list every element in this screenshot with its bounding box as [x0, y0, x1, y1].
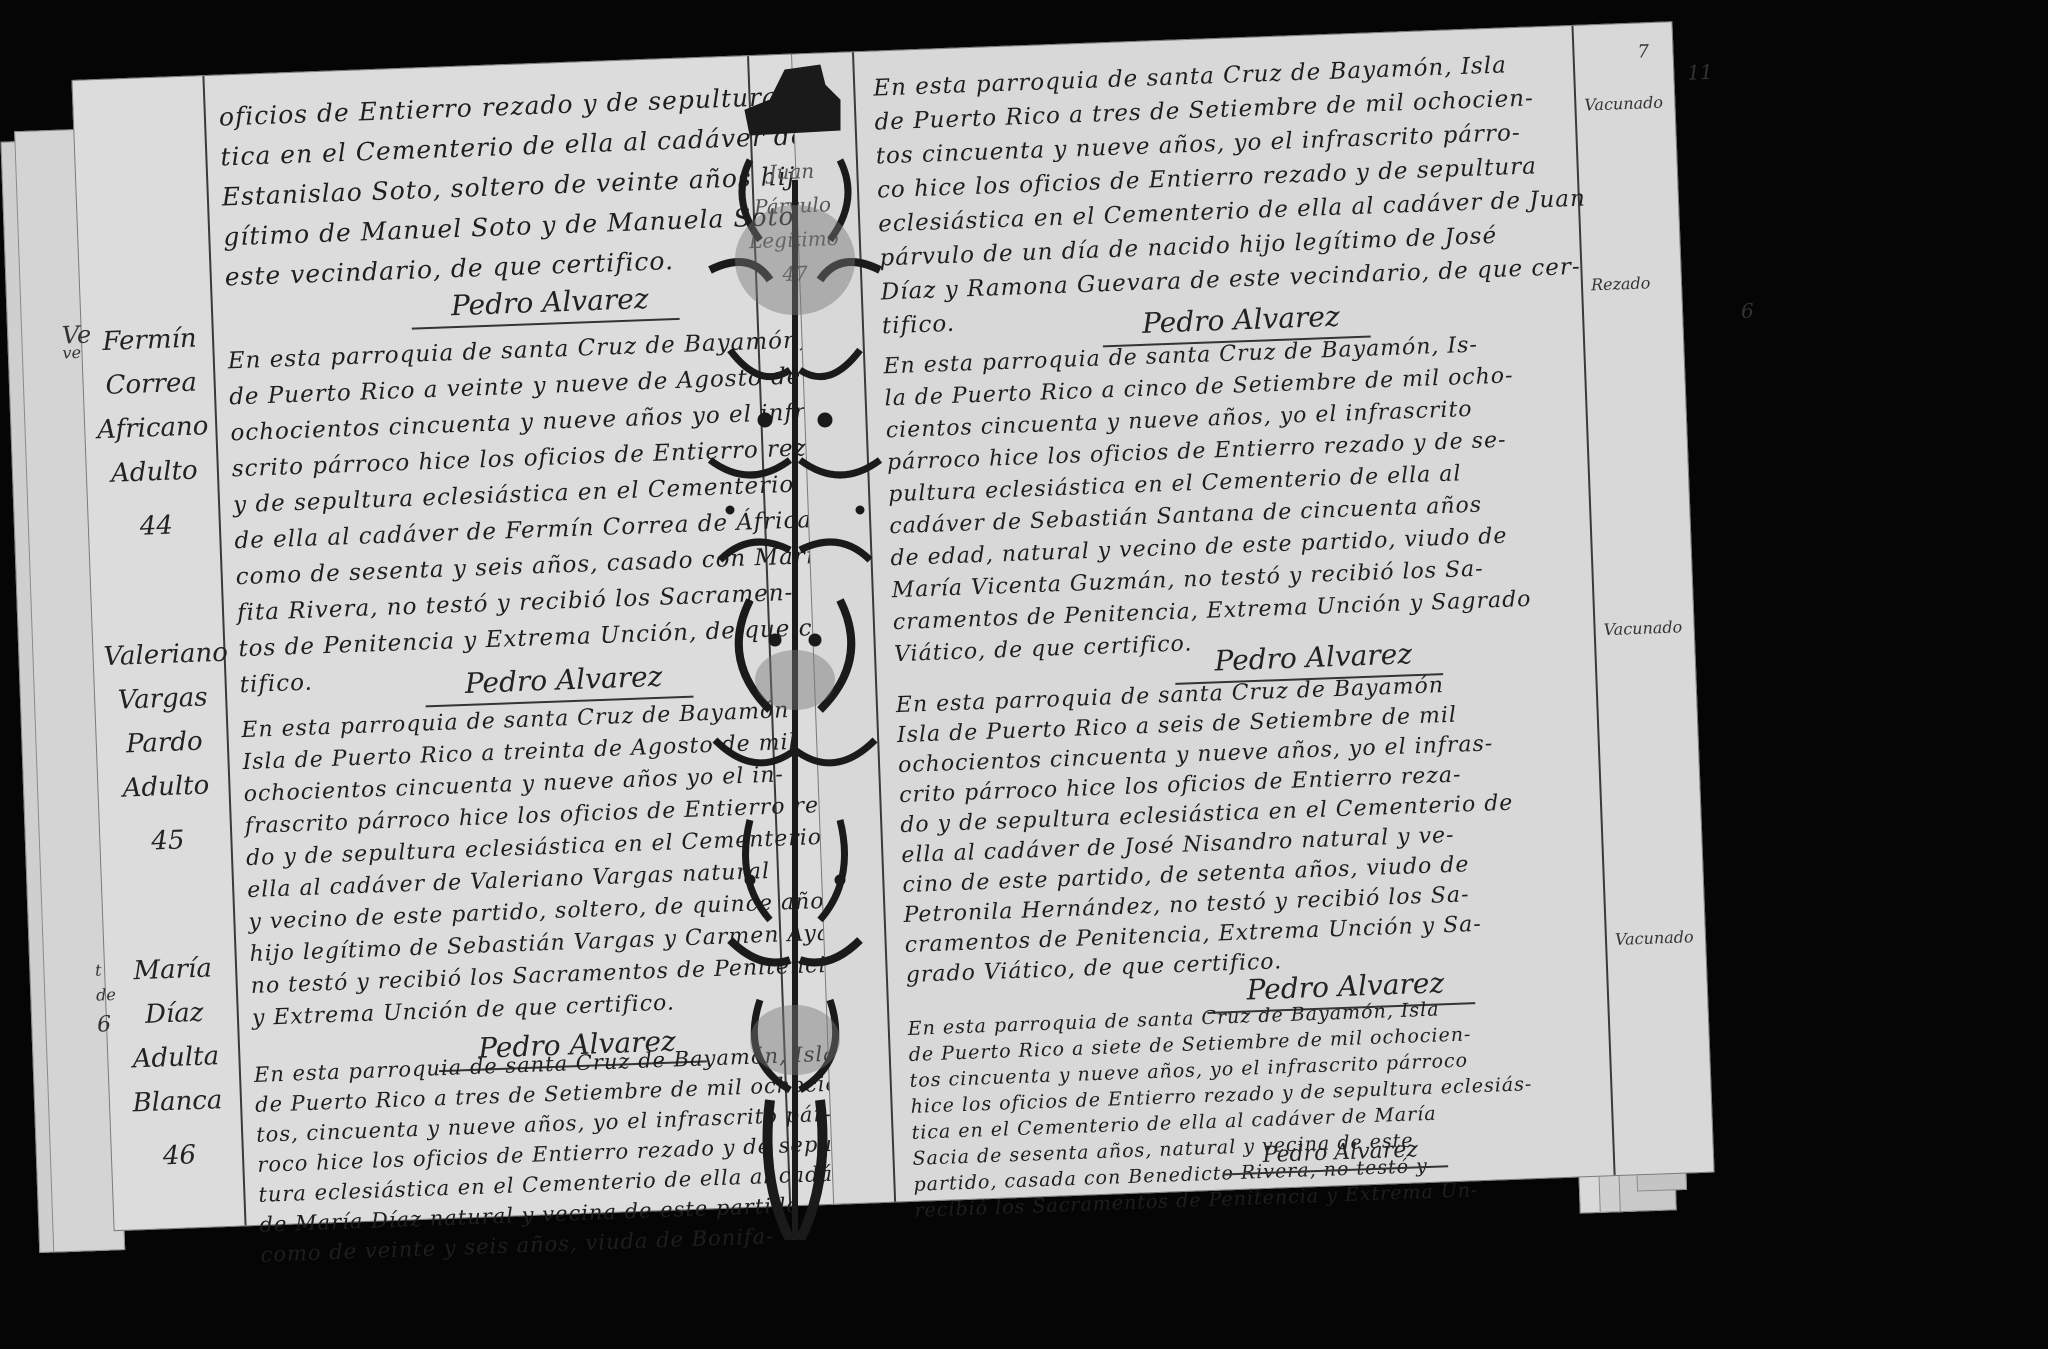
margin-note: Vacunado: [1615, 927, 1694, 949]
page-number: 7: [1637, 41, 1649, 62]
entry-50: En esta parroquia de santa Cruz de Bayam…: [907, 993, 1536, 1224]
name-line: Pardo: [106, 719, 223, 767]
right-page: 7 Juan Párvulo Legítimo 47 En esta parro…: [791, 21, 1715, 1205]
margin-fragment: ve: [62, 343, 81, 363]
name-line: Valeriano: [103, 631, 220, 679]
open-register-book: Ve ve t de 6 Fermín Correa Africano Adul…: [70, 0, 1743, 1249]
name-line: Vargas: [104, 675, 221, 723]
margin-name-entry-45: Valeriano Vargas Pardo Adulto 45: [103, 631, 226, 865]
margin-note: Vacunado: [1603, 617, 1682, 639]
entry-48: En esta parroquia de santa Cruz de Bayam…: [883, 328, 1533, 671]
margin-name-entry-44: Fermín Correa Africano Adulto 44: [91, 316, 214, 550]
margin-note: Vacunado: [1584, 93, 1663, 115]
entry-number: 46: [121, 1132, 238, 1180]
page-number: 6: [1741, 298, 1755, 322]
margin-name-entry-46: María Díaz Adulta Blanca 46: [114, 946, 237, 1180]
entry-49: En esta parroquia de santa Cruz de Bayam…: [895, 669, 1519, 991]
entry-47: En esta parroquia de santa Cruz de Bayam…: [873, 46, 1590, 344]
page-number: 11: [1687, 60, 1713, 85]
name-line: Adulto: [96, 448, 213, 496]
name-line: María Díaz: [114, 946, 232, 1038]
margin-fragment: t: [95, 960, 102, 979]
margin-fragment: de: [96, 985, 116, 1005]
signature: Pedro Alvarez: [410, 281, 679, 330]
margin-note: Rezado: [1591, 273, 1651, 294]
name-line: Adulta: [118, 1034, 235, 1082]
name-line: Fermín: [91, 316, 208, 364]
name-line: Africano: [95, 404, 212, 452]
margin-fragment: 6: [97, 1012, 112, 1037]
entry-number: 44: [98, 502, 215, 550]
name-line: Blanca: [119, 1078, 236, 1126]
ink-blot: [690, 40, 900, 1240]
entry-number: 45: [110, 817, 227, 865]
name-line: Correa: [93, 360, 210, 408]
name-line: Adulto: [108, 763, 225, 811]
